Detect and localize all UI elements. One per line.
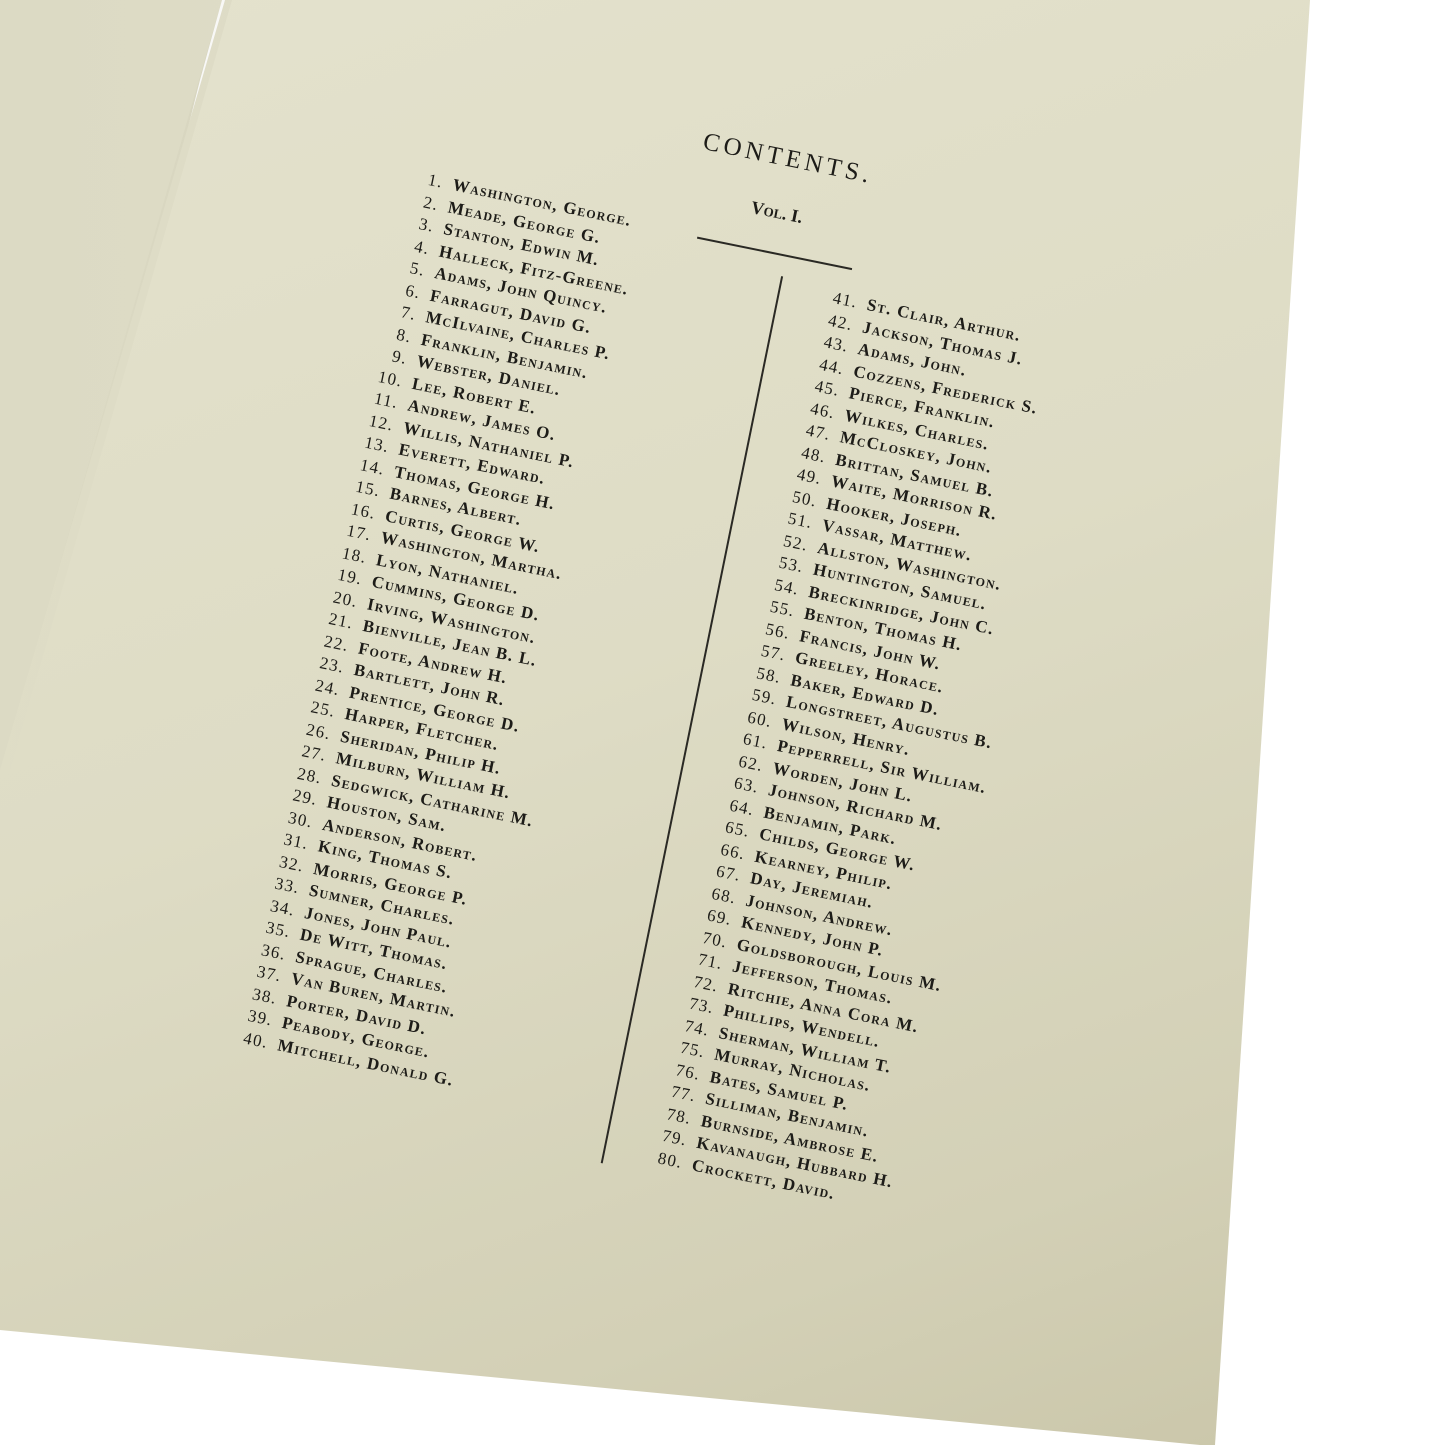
right-page: [0, 0, 1445, 1445]
